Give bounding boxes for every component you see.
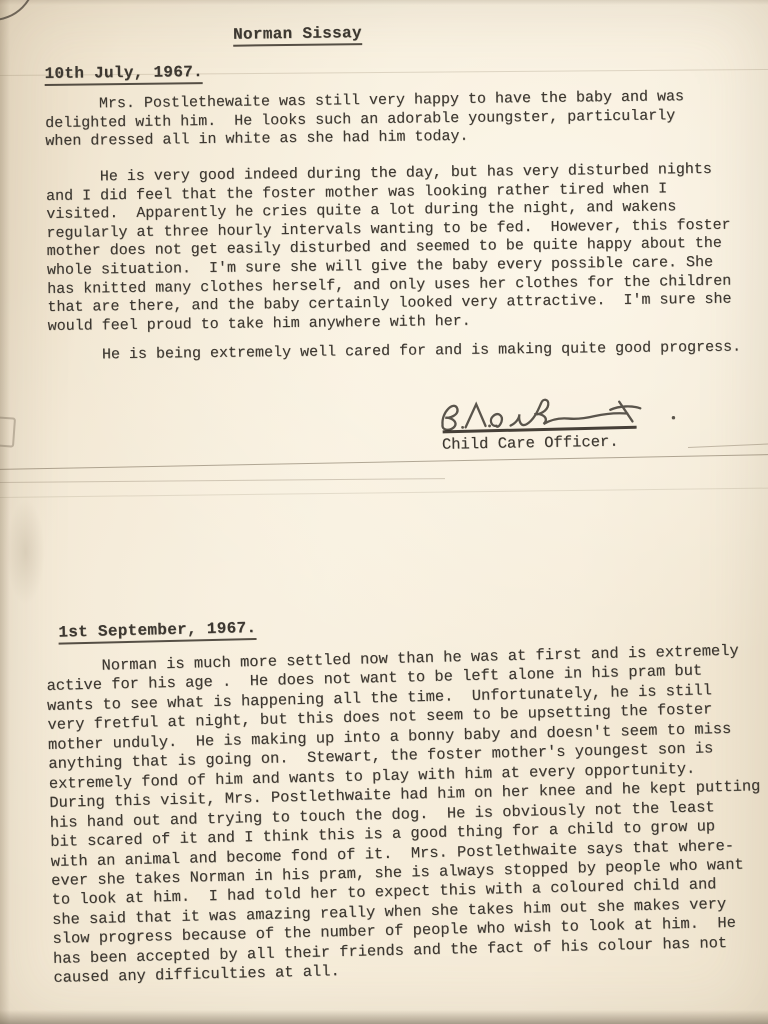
left-margin-mark (0, 416, 16, 447)
signature-block: Child Care Officer. (428, 389, 739, 464)
paper-crease (0, 488, 768, 498)
scanned-case-note-page: Norman Sissay 10th July, 1967. Mrs. Post… (0, 0, 768, 1024)
entry-date: 10th July, 1967. (44, 63, 203, 84)
paper-top-edge-shadow (0, 0, 768, 5)
entry-date: 1st September, 1967. (58, 619, 256, 643)
entry-date-text: 10th July, 1967. (44, 63, 203, 86)
signature-role: Child Care Officer. (442, 433, 619, 454)
entry-september-1967: 1st September, 1967. Norman is much more… (44, 601, 768, 1018)
paragraph: Mrs. Postlethewaite was still very happy… (45, 88, 685, 152)
paragraph: Norman is much more settled now than he … (46, 641, 765, 988)
page-title: Norman Sissay (233, 24, 362, 44)
paper-crease (0, 478, 445, 483)
entry-date-text: 1st September, 1967. (58, 619, 256, 645)
paragraph: He is very good indeed during the day, b… (46, 161, 732, 337)
page-title-text: Norman Sissay (233, 24, 362, 47)
paragraph: He is being extremely well cared for and… (48, 339, 741, 366)
text-line: He is being extremely well cared for and… (48, 339, 741, 366)
